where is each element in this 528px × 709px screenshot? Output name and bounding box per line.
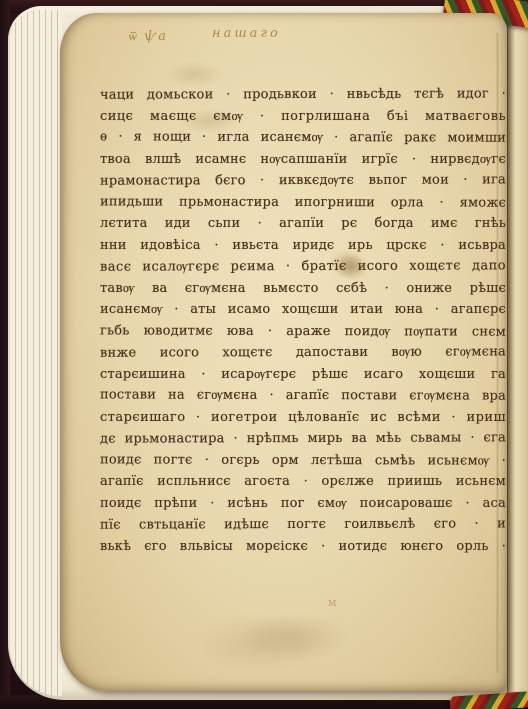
manuscript-line: старєишина · исарѹгєрє рѣшє исаго хощєши…: [100, 364, 506, 386]
manuscript-line: пїє свтьцанїє идѣшє погтє гоилвьєлѣ єго …: [100, 513, 506, 536]
manuscript-line: поидє прѣпи · исѣнь пог ємѹ поисаровашє …: [100, 493, 506, 515]
manuscript-line: агапїє испльнисє агоєта · орєлже приишь …: [100, 471, 506, 493]
manuscript-line: васє исалѹгєрє рєима · братїє исого хощє…: [100, 255, 506, 278]
manuscript-line: нни идовѣіса · ивьєта иридє ирь црскє · …: [100, 235, 506, 257]
manuscript-line: нрамонастира бєго · иквкєдѹтє вьпог мои …: [100, 169, 506, 192]
manuscript-line: исанємѹ · аты исамо хощєши итаи юна · аг…: [100, 299, 506, 321]
next-page-sliver: [507, 12, 528, 694]
manuscript-line: гьбь юводитмє юва · араже поидѹ пѹпати с…: [100, 320, 506, 343]
manuscript-line: внже исого хощєтє дапостави вѹю єгѹмєна: [100, 341, 506, 364]
running-title-right: нашаго: [212, 26, 281, 41]
manuscript-line: сицє маєщє ємѹ · погрлишана бъі матваєго…: [100, 106, 506, 128]
manuscript-line: дє ирьмонастира · нрѣпмь мирь ва мѣь сьв…: [100, 427, 506, 450]
manuscript-line: старєишаго · иогетрои цѣлованїє ис всѣми…: [100, 407, 506, 429]
quire-mark: м: [328, 596, 337, 609]
manuscript-line: поидє погтє · огєрь орм лєтѣша сьмѣь ись…: [100, 449, 506, 472]
text-block: чаци домьскои · продьвкои · нвьсѣдь тєгѣ…: [100, 84, 506, 557]
manuscript-line: ипидьши прьмонастира ипогрниши орла · ям…: [100, 191, 506, 214]
running-title-left: ѿ ѱа: [128, 28, 168, 45]
manuscript-line: чаци домьскои · продьвкои · нвьсѣдь тєгѣ…: [100, 83, 506, 106]
manuscript-line: тавѹ ва єгѹмєна вьмєсто сєбѣ · ониже рѣш…: [100, 278, 506, 300]
manuscript-line: постави на єгѹмєна · агапїє постави єгѹм…: [100, 384, 506, 407]
manuscript-line: твоа влшѣ исамнє нѹсапшанїи игрїє · нирв…: [100, 149, 506, 171]
manuscript-photo: ѿ ѱа нашаго чаци домьскои · продьвкои · …: [0, 0, 528, 709]
manuscript-line: вькѣ єго вльвісы морєіскє · иотидє юнєго…: [100, 536, 506, 558]
page-fore-edges: [10, 10, 62, 696]
parchment-stain: [240, 613, 350, 661]
manuscript-line: лєтита иди сьпи · агапїи рє богда имє гн…: [100, 213, 506, 235]
manuscript-line: ѳ · я нощи · игла исанємѹ · агапїє ракє …: [100, 126, 506, 149]
